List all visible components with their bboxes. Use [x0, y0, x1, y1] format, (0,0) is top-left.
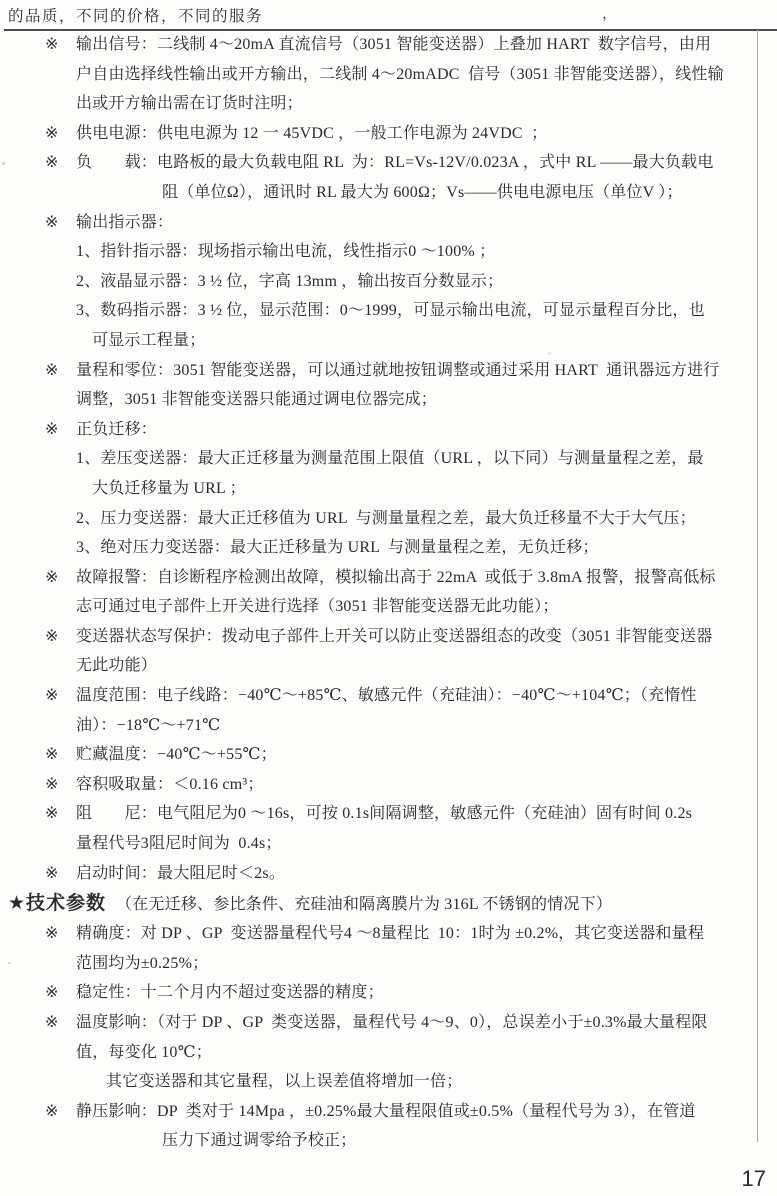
doc-line: ※输出信号：二线制 4～20mA 直流信号（3051 智能变送器）上叠加 HAR…: [0, 30, 757, 60]
doc-line: ※量程和零位：3051 智能变送器，可以通过就地按钮调整或通过采用 HART 通…: [0, 356, 757, 386]
line-text: 量程和零位：3051 智能变送器，可以通过就地按钮调整或通过采用 HART 通讯…: [76, 362, 720, 379]
reference-mark: ※: [45, 208, 59, 238]
line-text: 供电电源：供电电源为 12 一 45VDC ，一般工作电源为 24VDC ；: [76, 125, 547, 142]
line-text: 负 载：电路板的最大负载电阻 RL 为：RL=Vs-12V/0.023A ，式中…: [76, 154, 714, 171]
line-text: （在无迁移、参比条件、充硅油和隔离膜片为 316L 不锈钢的情况下）: [116, 896, 612, 913]
doc-line: 可显示工程量；: [0, 326, 757, 356]
doc-line: ※供电电源：供电电源为 12 一 45VDC ，一般工作电源为 24VDC ；: [0, 119, 757, 149]
line-text: 2、液晶显示器：3 ½ 位，字高 13mm ，输出按百分数显示；: [76, 273, 503, 290]
reference-mark: ※: [45, 563, 59, 593]
line-text: 容积吸取量：＜0.16 cm³；: [76, 776, 264, 793]
doc-line: 1、指针指示器：现场指示输出电流，线性指示0 ～100% ；: [0, 237, 757, 267]
reference-mark: ※: [45, 681, 59, 711]
doc-line: 无此功能）: [0, 651, 757, 681]
reference-mark: ※: [45, 770, 59, 800]
line-text: 输出信号：二线制 4～20mA 直流信号（3051 智能变送器）上叠加 HART…: [76, 36, 711, 53]
page-header-motto: 的品质，不同的价格，不同的服务: [8, 4, 263, 26]
reference-mark: ※: [45, 415, 59, 445]
line-text: 范围均为±0.25%；: [76, 955, 208, 972]
line-text: 3、数码指示器：3 ½ 位，显示范围：0～1999，可显示输出电流，可显示量程百…: [76, 302, 705, 319]
doc-line: 范围均为±0.25%；: [0, 949, 757, 979]
line-text: 启动时间：最大阻尼时＜2s。: [76, 865, 285, 882]
scan-speck: [8, 962, 11, 964]
scanned-page: 的品质，不同的价格，不同的服务 ， ※输出信号：二线制 4～20mA 直流信号（…: [0, 0, 777, 1196]
reference-mark: ※: [45, 356, 59, 386]
reference-mark: ※: [45, 1097, 59, 1127]
doc-line: 3、数码指示器：3 ½ 位，显示范围：0～1999，可显示输出电流，可显示量程百…: [0, 296, 757, 326]
line-text: 2、压力变送器：最大正迁移值为 URL 与测量量程之差，最大负迁移量不大于大气压…: [76, 510, 696, 527]
reference-mark: ※: [45, 919, 59, 949]
doc-line: 压力下通过调零给予校正；: [0, 1126, 757, 1156]
doc-line: 其它变送器和其它量程，以上误差值将增加一倍；: [0, 1067, 757, 1097]
line-text: 正负迁移：: [76, 421, 157, 438]
page-right-border: [757, 30, 758, 1142]
section-star-title: ★技术参数: [8, 893, 106, 914]
doc-line: ※启动时间：最大阻尼时＜2s。: [0, 859, 757, 889]
line-text: 稳定性：十二个月内不超过变送器的精度；: [76, 984, 384, 1001]
doc-line: ※容积吸取量：＜0.16 cm³；: [0, 770, 757, 800]
doc-line: ※正负迁移：: [0, 415, 757, 445]
line-text: 1、指针指示器：现场指示输出电流，线性指示0 ～100% ；: [76, 243, 495, 260]
reference-mark: ※: [45, 859, 59, 889]
doc-line: 出或开方输出需在订货时注明；: [0, 89, 757, 119]
line-text: 温度影响：（对于 DP 、GP 类变送器，量程代号 4～9、0），总误差小于±0…: [76, 1014, 708, 1031]
line-text: 无此功能）: [76, 657, 157, 674]
reference-mark: ※: [45, 1008, 59, 1038]
scan-speck: [2, 162, 5, 165]
line-text: 精确度：对 DP 、GP 变送器量程代号4 ～8量程比 10：1时为 ±0.2%…: [76, 925, 704, 942]
doc-line: ※贮藏温度：−40℃～+55℃；: [0, 740, 757, 770]
doc-line: ※温度影响：（对于 DP 、GP 类变送器，量程代号 4～9、0），总误差小于±…: [0, 1008, 757, 1038]
line-text: 可显示工程量；: [92, 332, 205, 349]
line-text: 静压影响：DP 类对于 14Mpa ，±0.25%最大量程限值或±0.5%（量程…: [76, 1103, 696, 1120]
doc-line: 3、绝对压力变送器：最大正迁移量为 URL 与测量量程之差，无负迁移；: [0, 533, 757, 563]
line-text: 调整，3051 非智能变送器只能通过调电位器完成；: [76, 391, 437, 408]
reference-mark: ※: [45, 799, 59, 829]
doc-line: 大负迁移量为 URL ；: [0, 474, 757, 504]
line-text: 阻 尼：电气阻尼为0 ～16s，可按 0.1s间隔调整，敏感元件（充硅油）固有时…: [76, 805, 692, 822]
doc-line: 2、压力变送器：最大正迁移值为 URL 与测量量程之差，最大负迁移量不大于大气压…: [0, 504, 757, 534]
doc-line: 值，每变化 10℃；: [0, 1038, 757, 1068]
line-text: 大负迁移量为 URL ；: [92, 480, 246, 497]
doc-line: ※稳定性：十二个月内不超过变送器的精度；: [0, 978, 757, 1008]
line-text: 出或开方输出需在订货时注明；: [76, 95, 303, 112]
line-text: 输出指示器：: [76, 214, 173, 231]
line-text: 压力下通过调零给予校正；: [162, 1132, 356, 1149]
spec-list: ※输出信号：二线制 4～20mA 直流信号（3051 智能变送器）上叠加 HAR…: [0, 30, 757, 1156]
reference-mark: ※: [45, 148, 59, 178]
line-text: 变送器状态写保护：拨动电子部件上开关可以防止变送器组态的改变（3051 非智能变…: [76, 628, 712, 645]
line-text: 故障报警：自诊断程序检测出故障，模拟输出高于 22mA 或低于 3.8mA 报警…: [76, 569, 716, 586]
doc-line: ※精确度：对 DP 、GP 变送器量程代号4 ～8量程比 10：1时为 ±0.2…: [0, 919, 757, 949]
doc-line: ※故障报警：自诊断程序检测出故障，模拟输出高于 22mA 或低于 3.8mA 报…: [0, 563, 757, 593]
line-text: 值，每变化 10℃；: [76, 1044, 212, 1061]
doc-line: ※阻 尼：电气阻尼为0 ～16s，可按 0.1s间隔调整，敏感元件（充硅油）固有…: [0, 799, 757, 829]
line-text: 3、绝对压力变送器：最大正迁移量为 URL 与测量量程之差，无负迁移；: [76, 539, 599, 556]
page-number: 17: [742, 1166, 766, 1192]
scan-artifact-mark: ，: [602, 2, 617, 23]
section-title-line: ★技术参数（在无迁移、参比条件、充硅油和隔离膜片为 316L 不锈钢的情况下）: [0, 888, 757, 919]
line-text: 户自由选择线性输出或开方输出，二线制 4～20mADC 信号（3051 非智能变…: [76, 66, 724, 83]
line-text: 志可通过电子部件上开关进行选择（3051 非智能变送器无此功能）；: [76, 598, 559, 615]
doc-line: 油）：−18℃～+71℃: [0, 711, 757, 741]
doc-line: ※静压影响：DP 类对于 14Mpa ，±0.25%最大量程限值或±0.5%（量…: [0, 1097, 757, 1127]
line-text: 阻（单位Ω），通讯时 RL 最大为 600Ω；Vs——供电电源电压（单位V ）；: [162, 184, 683, 201]
doc-line: ※变送器状态写保护：拨动电子部件上开关可以防止变送器组态的改变（3051 非智能…: [0, 622, 757, 652]
doc-line: 量程代号3阻尼时间为 0.4s；: [0, 829, 757, 859]
line-text: 量程代号3阻尼时间为 0.4s；: [76, 835, 282, 852]
reference-mark: ※: [45, 978, 59, 1008]
doc-line: ※输出指示器：: [0, 208, 757, 238]
doc-line: 阻（单位Ω），通讯时 RL 最大为 600Ω；Vs——供电电源电压（单位V ）；: [0, 178, 757, 208]
line-text: 贮藏温度：−40℃～+55℃；: [76, 746, 277, 763]
doc-line: 1、差压变送器：最大正迁移量为测量范围上限值（URL ，以下同）与测量量程之差，…: [0, 444, 757, 474]
doc-line: ※负 载：电路板的最大负载电阻 RL 为：RL=Vs-12V/0.023A ，式…: [0, 148, 757, 178]
line-text: 其它变送器和其它量程，以上误差值将增加一倍；: [106, 1073, 462, 1090]
doc-line: 2、液晶显示器：3 ½ 位，字高 13mm ，输出按百分数显示；: [0, 267, 757, 297]
line-text: 1、差压变送器：最大正迁移量为测量范围上限值（URL ，以下同）与测量量程之差，…: [76, 450, 704, 467]
scan-speck: [548, 352, 551, 355]
doc-line: ※温度范围：电子线路：−40℃～+85℃、敏感元件（充硅油）：−40℃～+104…: [0, 681, 757, 711]
reference-mark: ※: [45, 622, 59, 652]
reference-mark: ※: [45, 119, 59, 149]
doc-line: 志可通过电子部件上开关进行选择（3051 非智能变送器无此功能）；: [0, 592, 757, 622]
reference-mark: ※: [45, 30, 59, 60]
line-text: 油）：−18℃～+71℃: [76, 717, 220, 734]
doc-line: 调整，3051 非智能变送器只能通过调电位器完成；: [0, 385, 757, 415]
doc-line: 户自由选择线性输出或开方输出，二线制 4～20mADC 信号（3051 非智能变…: [0, 60, 757, 90]
reference-mark: ※: [45, 740, 59, 770]
line-text: 温度范围：电子线路：−40℃～+85℃、敏感元件（充硅油）：−40℃～+104℃…: [76, 687, 697, 704]
